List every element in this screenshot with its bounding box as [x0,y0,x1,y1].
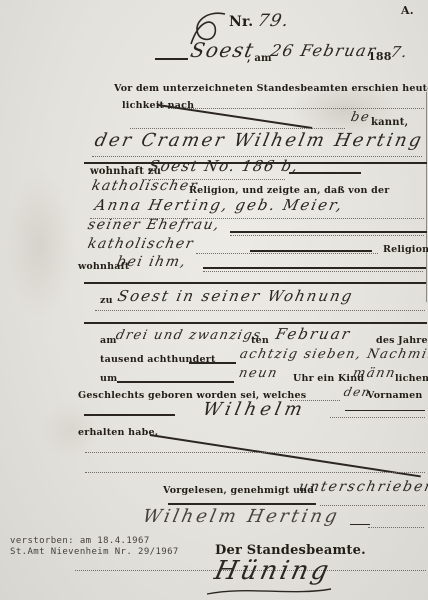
intro-line-1: Vor dem unterzeichneten Standesbeamten e… [114,83,428,94]
record-number-value: 79. [256,11,292,31]
dotted-rule [168,108,424,109]
birth-year-hand: achtzig sieben, Nachmittags [238,347,428,362]
dotted-rule [330,417,425,418]
bleedthrough-blot [5,170,75,320]
record-date: 26 Februar [269,41,379,60]
mother-name: Anna Herting, geb. Meier, [93,196,345,214]
dotted-rule [203,271,423,272]
solid-rule [230,231,427,233]
birth-hour-hand: neun [237,366,279,381]
des-jahres-label: des Jahres [376,335,428,346]
official-signature: Hüning [212,556,334,586]
solid-rule [250,250,372,252]
solid-rule [84,414,175,416]
gender-hand: männ [351,366,397,381]
mother-religion-hand: katholischer [86,236,195,252]
declarant-residence: Soest No. 186 b, [147,157,301,175]
death-stamp-line-2: St.Amt Nievenheim Nr. 29/1967 [10,547,179,557]
vornamen-label: Vornamen [367,390,423,401]
ten-suffix-print: ten [251,335,269,346]
signature-underline-swash [205,584,335,598]
solid-rule [117,381,234,383]
solid-rule [350,524,370,525]
record-number-label: Nr. [229,14,253,30]
declarant-name-line: der Cramer Wilhelm Herting [93,130,426,151]
declarant-religion-hand: katholischer [90,178,199,194]
blank-dash [155,58,188,60]
year-digit: 7. [389,43,410,61]
solid-rule [203,267,426,269]
birth-record-scan: A. Nr. 79. Soest , am 26 Februar 188 7. … [0,0,428,600]
bekannt-hand-prefix: be [349,110,371,125]
um-label: um [100,373,117,384]
section-rule [84,282,426,284]
dotted-rule [196,253,378,254]
year-preprint: 188 [368,50,392,63]
vorgelesen-label: Vorgelesen, genehmigt und [163,485,314,496]
dotted-rule [85,472,425,473]
dotted-rule [230,235,424,236]
mother-relation: seiner Ehefrau, [86,217,222,233]
child-name: Wilhelm [201,399,308,420]
death-stamp-line-1: verstorben: am 18.4.1967 [10,536,150,546]
form-corner-mark: A. [401,4,414,17]
pen-stroke-diagonal [150,434,421,477]
lichen-print: lichen [395,373,428,384]
scan-edge-line [426,92,427,302]
solid-rule [345,410,425,411]
birth-place: Soest in seiner Wohnung [116,287,355,305]
dotted-rule [368,527,424,528]
zu-label: zu [100,295,113,306]
unterschrieben-hand: unterschrieben [297,479,428,495]
birth-month-hand: Februar [274,325,353,343]
erhalten-habe-label: erhalten habe. [78,427,158,438]
dotted-rule [130,128,345,129]
birth-day-hand: drei und zwanzigs [114,328,263,343]
bekannt-print: kannt, [371,117,408,128]
solid-rule [168,503,316,505]
religion-zeigte-an-print: Religion, und zeigte an, daß von der [189,185,389,196]
declarant-signature: Wilhelm Herting [141,506,342,527]
bei-ihm-hand: bei ihm, [115,254,188,270]
dotted-rule [85,452,425,453]
solid-rule [289,172,361,174]
section-rule [84,322,427,324]
solid-rule [189,362,236,364]
mother-religion-print: Religion, [383,244,428,255]
dotted-rule [95,310,425,311]
